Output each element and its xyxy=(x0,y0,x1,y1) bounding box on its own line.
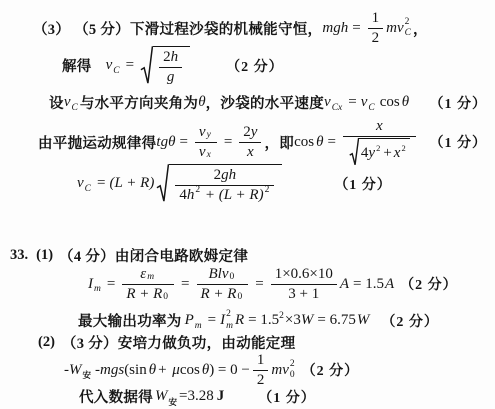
math-var: x xyxy=(376,118,383,135)
subscript: y xyxy=(207,130,211,141)
superscript: 2 xyxy=(195,185,200,196)
solution-line-10: - W 安 - mgs (sin θ + μ cos θ ) = 0 − 1 2… xyxy=(64,352,359,389)
subscript: m xyxy=(147,272,154,283)
solution-line-2: 解得 v C = 2h g （2 分） xyxy=(62,46,284,86)
math-var: v xyxy=(324,94,331,111)
math-function: tg xyxy=(156,134,168,151)
math-number: 1 xyxy=(257,352,265,369)
subscript: x xyxy=(207,150,211,161)
fraction-numerator: x xyxy=(343,118,416,137)
math-var: v xyxy=(199,124,206,141)
math-expr: R + R xyxy=(126,286,162,303)
points-label: （3 分） xyxy=(62,332,118,353)
math-function: cos xyxy=(380,94,400,111)
fraction: 2y x xyxy=(239,124,261,161)
sqrt-sign-icon xyxy=(156,164,169,204)
text-run: ， xyxy=(413,18,428,39)
fraction-denominator: x xyxy=(239,143,261,161)
superscript: 2 xyxy=(279,311,284,321)
subscript: C xyxy=(71,103,77,113)
math-unit: A xyxy=(340,276,349,293)
text-run: 安培力做负功，由动能定理 xyxy=(118,332,296,353)
math-var: mgs xyxy=(100,362,124,379)
fraction-numerator: Blv0 xyxy=(197,266,249,285)
math-var: gh xyxy=(221,167,236,184)
score-badge: （2 分） xyxy=(400,274,458,294)
math-var: h xyxy=(171,49,179,66)
sqrt: 2h g xyxy=(140,46,190,86)
text-run: （3） （5 分）下滑过程沙袋的机械能守恒， xyxy=(33,18,322,39)
fraction-numerator: 2gh xyxy=(175,167,274,186)
math-var: y xyxy=(368,145,375,162)
math-var: x xyxy=(394,145,401,162)
math-var: θ xyxy=(316,134,323,151)
math-unit: W xyxy=(357,312,370,329)
math-number: 3 + 1 xyxy=(288,286,319,303)
subscript: 0 xyxy=(290,371,295,381)
fraction-denominator: 4h2 + (L + R)2 xyxy=(175,186,274,204)
math-var: x xyxy=(247,144,254,161)
math-number: 1 xyxy=(372,10,380,27)
score-badge: （1 分） xyxy=(258,387,316,407)
solution-line-5: v C = (L + R) 2gh 4h2 + (L + R)2 （1 分） xyxy=(77,164,392,204)
fraction: 1 2 xyxy=(368,10,384,47)
math-var: θ xyxy=(149,362,156,379)
math-var: Blv xyxy=(208,266,228,283)
fraction: x 4y2 + x2 xyxy=(343,118,416,166)
fraction: 2gh 4h2 + (L + R)2 xyxy=(175,167,274,204)
fraction-numerator: 1 xyxy=(368,10,384,29)
subscript: 0 xyxy=(163,292,168,303)
text-run: 设 xyxy=(49,92,64,113)
math-operator: = xyxy=(327,134,335,151)
math-number: 2 xyxy=(243,124,251,141)
subscript: 0 xyxy=(229,272,234,283)
fraction: 2h g xyxy=(159,49,182,86)
math-expr: ) = 0 − xyxy=(209,362,250,379)
math-operator: = xyxy=(348,94,356,111)
fraction-denominator: 3 + 1 xyxy=(271,285,337,303)
math-expr: (sin xyxy=(124,362,147,379)
subscript: m xyxy=(94,284,101,294)
sqrt: 2gh 4h2 + (L + R)2 xyxy=(156,164,282,204)
subscript: 0 xyxy=(237,292,242,303)
math-operator: = 1.5 xyxy=(353,276,384,293)
math-number: 1×0.6×10 xyxy=(275,266,333,283)
fraction-numerator: εm xyxy=(122,266,174,285)
superscript: 2 xyxy=(226,310,231,320)
points-label: （4 分） xyxy=(59,245,115,266)
text-run: 由闭合电路欧姆定律 xyxy=(115,245,248,266)
superscript: 2 xyxy=(405,18,410,28)
math-var: g xyxy=(167,69,175,86)
math-operator: = xyxy=(181,276,189,293)
fraction: Blv0 R + R0 xyxy=(197,266,249,303)
text-run: 由平抛运动规律得 xyxy=(38,132,156,153)
math-operator: = xyxy=(126,57,134,74)
superscript: 2 xyxy=(376,144,380,154)
math-var: I xyxy=(88,276,93,293)
math-var: mv xyxy=(271,362,289,379)
fraction-numerator: 2y xyxy=(239,124,261,143)
subscript: 安 xyxy=(83,369,92,381)
score-badge: （1 分） xyxy=(430,132,488,152)
score-badge: （2 分） xyxy=(302,360,360,380)
fraction-denominator: vx xyxy=(195,143,217,161)
math-unit: W xyxy=(301,312,314,329)
math-var: I xyxy=(220,312,225,329)
math-expr: R + R xyxy=(201,286,237,303)
text-run: ，即 xyxy=(264,132,294,153)
sqrt-sign-icon xyxy=(140,46,153,86)
part-number: (2) xyxy=(38,334,55,351)
math-operator: ×3 xyxy=(285,312,301,329)
fraction: 1 2 xyxy=(253,352,269,389)
math-operator: = xyxy=(179,134,187,151)
solution-line-7: I m = εm R + R0 = Blv0 R + R0 = 1×0.6×10… xyxy=(88,266,458,303)
fraction-denominator: 2 xyxy=(368,29,384,47)
solution-line-8: 最大输出功率为 P m = I 2 m R = 1.5 2 ×3 W = 6.7… xyxy=(78,310,439,331)
text-run: ，沙袋的水平速度 xyxy=(206,92,324,113)
problem-33-header: 33. (1) （4 分） 由闭合电路欧姆定律 xyxy=(10,245,248,266)
radicand: 2h g xyxy=(153,46,190,86)
math-var: θ xyxy=(198,94,205,111)
part-2-header: (2) （3 分） 安培力做负功，由动能定理 xyxy=(38,332,295,353)
subscript: C xyxy=(113,66,119,76)
fraction-numerator: 2h xyxy=(159,49,182,68)
subscript: m xyxy=(226,322,233,332)
math-var: θ xyxy=(402,94,409,111)
math-var: μ xyxy=(172,362,180,379)
sqrt: 4y2 + x2 xyxy=(349,138,410,167)
fraction: vy vx xyxy=(195,124,217,161)
math-operator: + xyxy=(158,362,170,379)
math-unit: J xyxy=(217,388,225,405)
superscript: 2 xyxy=(401,144,405,154)
math-var: v xyxy=(106,57,113,74)
math-operator: = xyxy=(255,276,263,293)
subscript: 安 xyxy=(169,396,178,408)
problem-number: 33. xyxy=(10,247,28,264)
fraction: εm R + R0 xyxy=(122,266,174,303)
math-operator: = 1.5 xyxy=(248,312,279,329)
text-run: 与水平方向夹角为 xyxy=(80,92,198,113)
subscript: Cx xyxy=(332,103,343,113)
math-var: v xyxy=(199,144,206,161)
solution-line-4: 由平抛运动规律得 tg θ = vy vx = 2y x ，即 cos θ = … xyxy=(38,118,487,166)
solution-line-3: 设 v C 与水平方向夹角为 θ ，沙袋的水平速度 v Cx = v C cos… xyxy=(49,92,487,113)
math-operator: + xyxy=(383,145,391,162)
radicand: 4y2 + x2 xyxy=(359,138,410,167)
math-operator: = xyxy=(208,312,216,329)
answer-sheet-page: （3） （5 分）下滑过程沙袋的机械能守恒， mgh = 1 2 mv 2 C … xyxy=(0,0,495,409)
math-operator: = 6.75 xyxy=(317,312,355,329)
math-var: P xyxy=(185,312,194,329)
fraction-denominator: 4y2 + x2 xyxy=(343,137,416,167)
math-expr: (L + R) xyxy=(109,175,154,192)
fraction-denominator: g xyxy=(159,68,182,86)
math-var: mgh xyxy=(322,20,348,37)
supsub: 2 C xyxy=(405,18,411,39)
math-var: v xyxy=(64,94,71,111)
math-number: 2 xyxy=(163,49,171,66)
superscript: 2 xyxy=(265,185,270,196)
math-operator: = xyxy=(224,134,232,151)
score-badge: （2 分） xyxy=(381,311,439,331)
math-var: ε xyxy=(140,266,146,283)
math-operator: = xyxy=(352,20,360,37)
fraction-denominator: R + R0 xyxy=(197,285,249,303)
math-function: cos xyxy=(294,134,314,151)
text-run: 最大输出功率为 xyxy=(78,310,182,331)
math-unit: A xyxy=(385,276,394,293)
fraction-numerator: vy xyxy=(195,124,217,143)
solution-line-11: 代入数据得 W 安 =3.28 J （1 分） xyxy=(79,386,316,407)
solution-line-1: （3） （5 分）下滑过程沙袋的机械能守恒， mgh = 1 2 mv 2 C … xyxy=(33,10,428,47)
math-var: W xyxy=(155,388,168,405)
supsub: 2 0 xyxy=(290,360,295,381)
math-var: θ xyxy=(202,362,209,379)
math-var: v xyxy=(77,175,84,192)
math-value: =3.28 xyxy=(179,388,214,405)
math-var: W xyxy=(69,362,82,379)
fraction-numerator: 1×0.6×10 xyxy=(271,266,337,285)
superscript: 2 xyxy=(290,360,295,370)
subscript: C xyxy=(85,184,91,194)
math-operator: = xyxy=(97,175,105,192)
math-function: cos xyxy=(180,362,200,379)
fraction-denominator: R + R0 xyxy=(122,285,174,303)
text-run: 代入数据得 xyxy=(79,386,153,407)
score-badge: （1 分） xyxy=(334,174,392,194)
fraction-numerator: 1 xyxy=(253,352,269,371)
subscript: m xyxy=(195,321,202,331)
fraction: 1×0.6×10 3 + 1 xyxy=(271,266,337,303)
math-number: 2 xyxy=(214,167,222,184)
part-number: (1) xyxy=(36,247,53,264)
math-number: 4 xyxy=(179,187,187,204)
subscript: C xyxy=(405,29,411,39)
math-var: θ xyxy=(168,134,175,151)
score-badge: （1 分） xyxy=(430,93,488,113)
math-var: v xyxy=(361,94,368,111)
score-badge: （2 分） xyxy=(226,56,284,76)
subscript: C xyxy=(368,103,374,113)
math-var: h xyxy=(187,187,195,204)
math-var: y xyxy=(251,124,258,141)
text-run: 解得 xyxy=(62,55,92,76)
math-var: R xyxy=(235,312,244,329)
supsub: 2 m xyxy=(226,310,233,331)
math-expr: + (L + R) xyxy=(201,187,263,204)
sqrt-sign-icon xyxy=(349,138,359,167)
math-operator: = xyxy=(107,276,115,293)
math-var: mv xyxy=(386,20,404,37)
math-number: 2 xyxy=(372,30,380,47)
radicand: 2gh 4h2 + (L + R)2 xyxy=(169,164,282,204)
